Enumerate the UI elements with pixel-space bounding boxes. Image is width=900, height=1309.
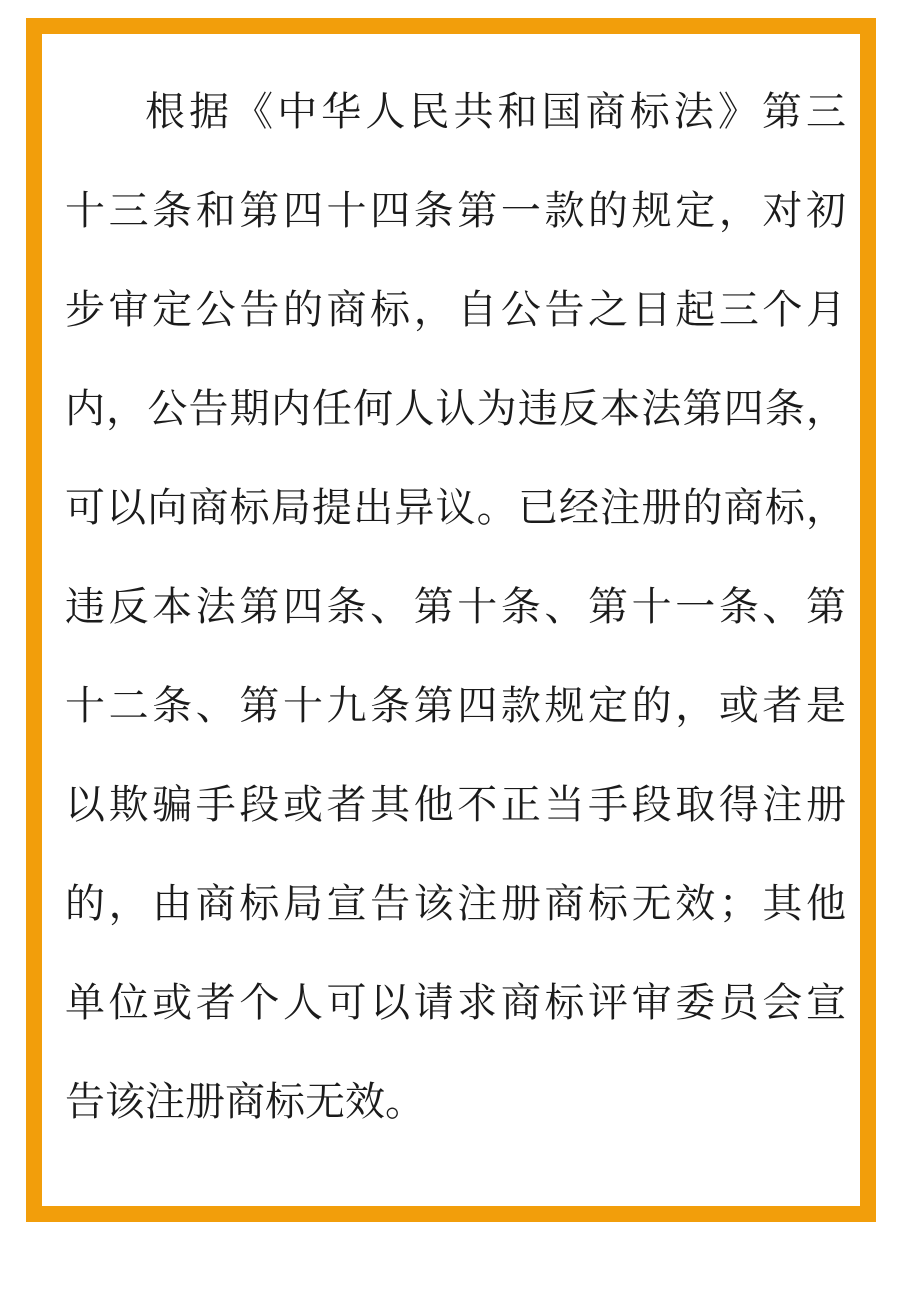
paragraph-line: 违反本法第四条、第十条、第十一条、第	[65, 558, 846, 657]
paragraph-line: 步审定公告的商标，自公告之日起三个月	[65, 261, 846, 360]
paragraph-line: 内，公告期内任何人认为违反本法第四条，	[65, 360, 846, 459]
paragraph-line: 告该注册商标无效。	[65, 1053, 846, 1152]
paragraph-line: 可以向商标局提出异议。已经注册的商标，	[65, 459, 846, 558]
paragraph-line: 以欺骗手段或者其他不正当手段取得注册	[65, 756, 846, 855]
paragraph-line: 十二条、第十九条第四款规定的，或者是	[65, 657, 846, 756]
page: { "page": { "background_color": "#FFFFFF…	[0, 0, 900, 1309]
paragraph-line: 根据《中华人民共和国商标法》第三	[65, 63, 846, 162]
paragraph-line: 的，由商标局宣告该注册商标无效；其他	[65, 855, 846, 954]
legal-text-paragraph: 根据《中华人民共和国商标法》第三 十三条和第四十四条第一款的规定，对初 步审定公…	[65, 63, 846, 1152]
paragraph-line: 十三条和第四十四条第一款的规定，对初	[65, 162, 846, 261]
document-frame: 根据《中华人民共和国商标法》第三 十三条和第四十四条第一款的规定，对初 步审定公…	[26, 18, 876, 1222]
paragraph-line: 单位或者个人可以请求商标评审委员会宣	[65, 954, 846, 1053]
